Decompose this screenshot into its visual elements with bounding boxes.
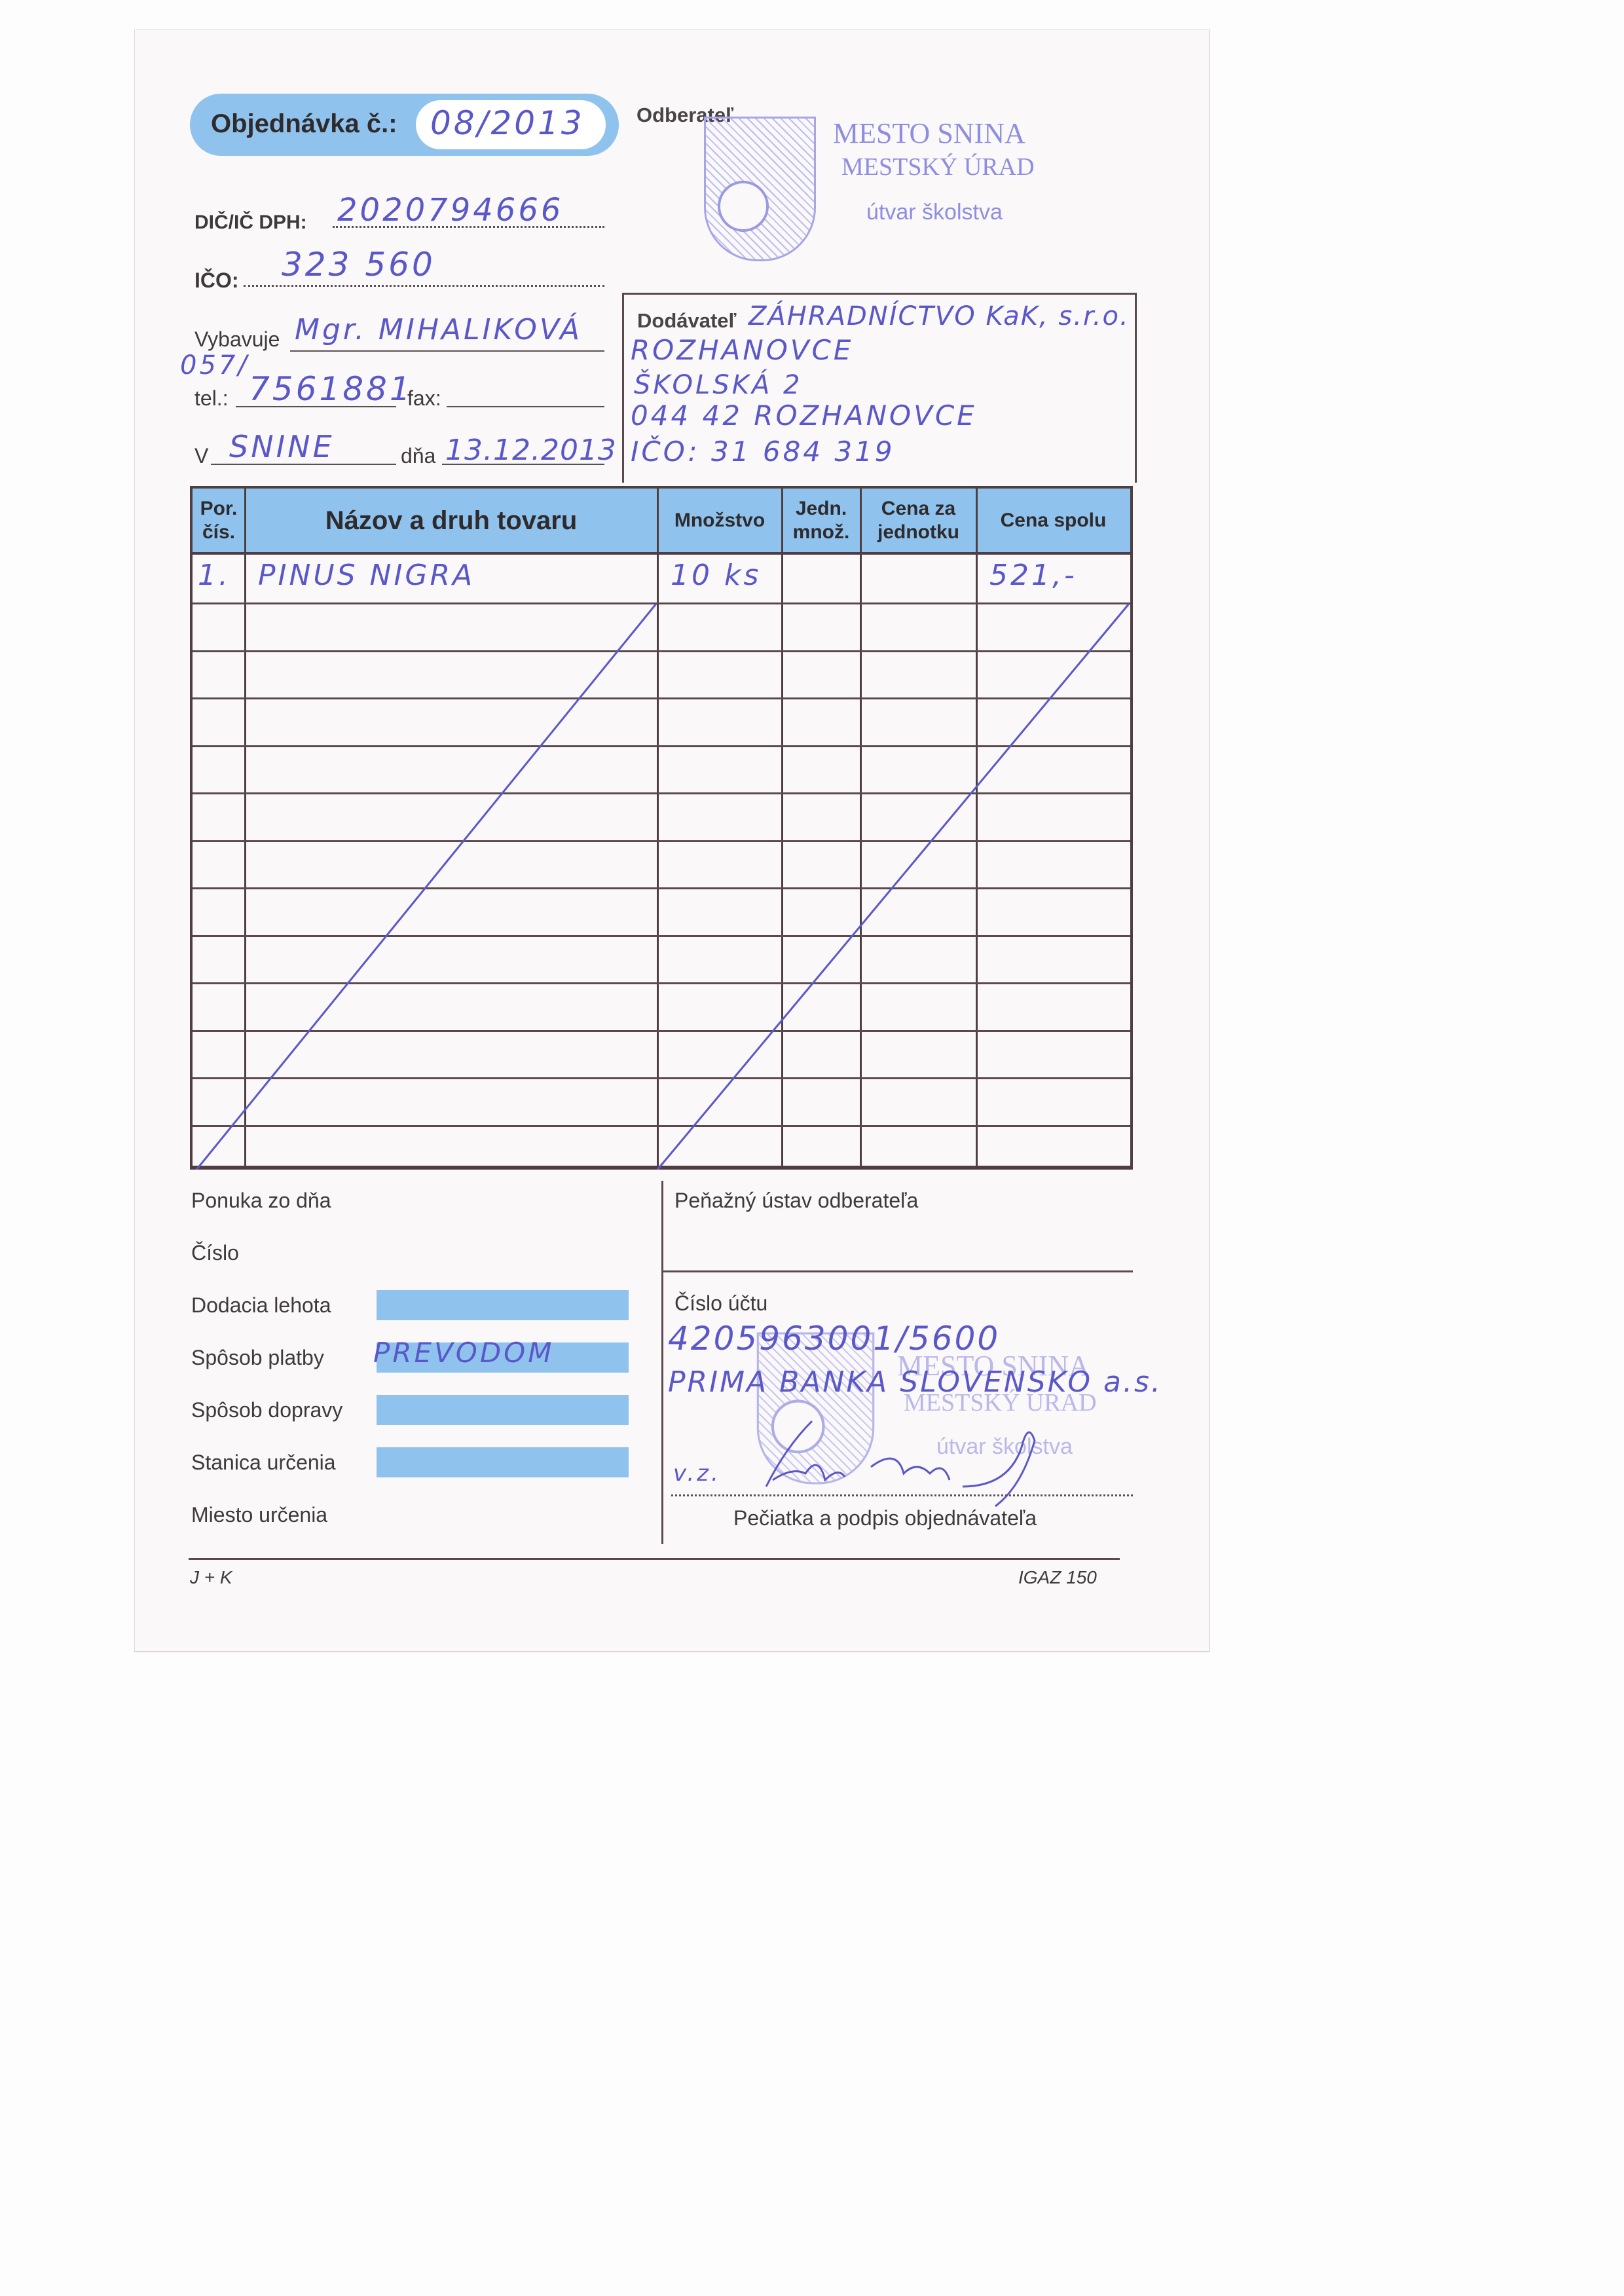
signature-field[interactable] <box>671 1494 1133 1496</box>
field-label: Ponuka zo dňa <box>191 1189 331 1213</box>
coat-of-arms-icon <box>704 117 816 261</box>
dic-value: 2020794666 <box>337 192 563 229</box>
supplier-zip-city: 044 42 ROZHANOVCE <box>631 399 977 432</box>
ico-value: 323 560 <box>282 246 435 284</box>
fax-field[interactable] <box>447 406 604 407</box>
vybavuje-field[interactable] <box>290 350 604 352</box>
field-input[interactable] <box>377 1290 629 1320</box>
tel-value: 7561881 <box>249 370 413 408</box>
bank-name: PRIMA BANKA SLOVENSKO a.s. <box>668 1365 1162 1399</box>
field-label: Miesto určenia <box>191 1503 327 1527</box>
items-table: Por.čís.Názov a druh tovaruMnožstvoJedn.… <box>190 486 1133 1170</box>
account-value: 4205963001/5600 <box>668 1320 1000 1358</box>
vybavuje-value: Mgr. MIHALIKOVÁ <box>295 313 582 346</box>
supplier-label: Dodávateľ <box>637 309 737 333</box>
supplier-street: ŠKOLSKÁ 2 <box>634 370 802 400</box>
vybavuje-label: Vybavuje <box>194 327 280 352</box>
stamp-line-1: MESTO SNINA <box>833 117 1025 150</box>
place-value: SNINE <box>229 429 335 464</box>
footer-divider <box>661 1181 663 1544</box>
place-label: V <box>194 444 208 468</box>
date-label: dňa <box>401 444 435 468</box>
order-number-field[interactable]: 08/2013 <box>416 100 606 149</box>
field-value: PREVODOM <box>373 1337 554 1369</box>
bank-field[interactable] <box>661 1270 1133 1272</box>
order-number-badge: Objednávka č.: 08/2013 <box>190 94 619 156</box>
date-value: 13.12.2013 <box>445 434 617 467</box>
tel-label: tel.: <box>194 386 229 411</box>
field-label: Spôsob dopravy <box>191 1398 342 1422</box>
order-number-value: 08/2013 <box>430 104 585 142</box>
signature <box>747 1408 1139 1513</box>
account-label: Číslo účtu <box>674 1291 767 1316</box>
supplier-box: Dodávateľ ZÁHRADNÍCTVO KaK, s.r.o. ROZHA… <box>622 293 1137 483</box>
order-number-label: Objednávka č.: <box>211 109 397 139</box>
footer-rule <box>189 1558 1120 1560</box>
ico-label: IČO: <box>194 268 239 293</box>
supplier-ico: IČO: 31 684 319 <box>631 435 895 468</box>
stamp-line-2: MESTSKÝ ÚRAD <box>841 153 1035 181</box>
supplier-name: ZÁHRADNÍCTVO KaK, s.r.o. <box>748 301 1130 331</box>
dic-label: DIČ/IČ DPH: <box>194 212 307 234</box>
fax-label: fax: <box>407 386 441 411</box>
field-label: Dodacia lehota <box>191 1293 331 1318</box>
form-code: IGAZ 150 <box>1018 1567 1097 1588</box>
ico-field[interactable] <box>244 285 604 287</box>
field-label: Číslo <box>191 1241 239 1265</box>
publisher: J + K <box>190 1567 232 1588</box>
field-label: Spôsob platby <box>191 1346 324 1370</box>
signature-label: Pečiatka a podpis objednávateľa <box>733 1506 1037 1530</box>
field-label: Stanica určenia <box>191 1451 336 1475</box>
cancel-strike-lines <box>193 489 1130 1170</box>
signature-note: v.z. <box>673 1460 721 1487</box>
stamp-line-3: útvar školstva <box>866 200 1003 225</box>
tel-prefix: 057/ <box>180 350 249 380</box>
field-input[interactable] <box>377 1447 629 1477</box>
field-input[interactable] <box>377 1395 629 1425</box>
supplier-city: ROZHANOVCE <box>631 334 853 366</box>
bank-label: Peňažný ústav odberateľa <box>674 1189 918 1213</box>
